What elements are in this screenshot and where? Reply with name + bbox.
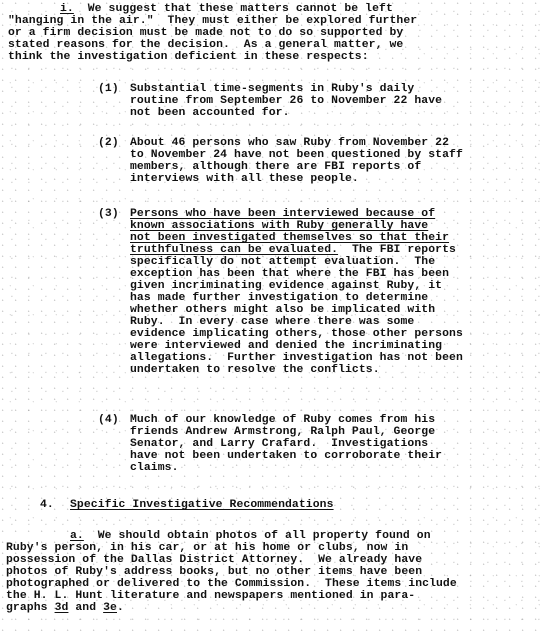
para-a-label: a. xyxy=(70,530,84,542)
item-1-number: (1) xyxy=(98,83,119,96)
item-4-line-4: claims. xyxy=(130,462,179,475)
item-3-line-9: undertaken to resolve the conflicts. xyxy=(130,364,380,377)
section-4-number: 4. xyxy=(40,499,54,512)
para-a-line-6: graphs 3d and 3e. xyxy=(6,602,124,615)
item-1-line-2: not been accounted for. xyxy=(130,107,290,120)
paragraph-ref-3d: 3d xyxy=(55,602,69,614)
para-i-line-4: think the investigation deficient in the… xyxy=(8,51,369,64)
item-4-number: (4) xyxy=(98,414,119,427)
para-i-label: i. xyxy=(60,3,74,15)
item-2-line-3: interviews with all these people. xyxy=(130,173,359,186)
document-page: i. We suggest that these matters cannot … xyxy=(0,0,546,632)
item-3-number: (3) xyxy=(98,208,119,221)
section-4-heading: Specific Investigative Recommendations xyxy=(70,499,334,512)
paragraph-ref-3e: 3e xyxy=(103,602,117,614)
item-2-number: (2) xyxy=(98,137,119,150)
